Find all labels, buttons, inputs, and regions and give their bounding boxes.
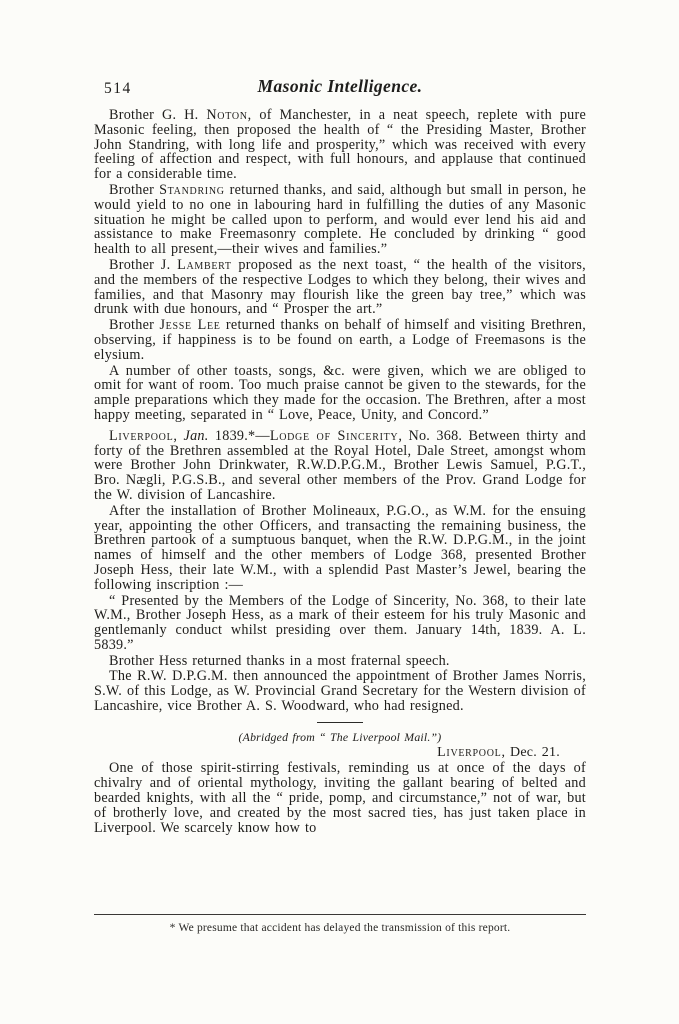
page-header: 514 Masonic Intelligence. [94, 76, 586, 100]
article-body: Brother G. H. Noton, of Manchester, in a… [94, 108, 586, 835]
text-segment: Brother [109, 182, 159, 198]
paragraph-installation: After the installation of Brother Moline… [94, 504, 586, 593]
text-segment: One of those spirit-stirring festivals, … [94, 760, 586, 835]
page-number: 514 [104, 80, 132, 98]
place-smallcaps: Liverpool [437, 745, 501, 760]
paragraph-jesse-lee-thanks: Brother Jesse Lee returned thanks on beh… [94, 318, 586, 362]
text-segment: , [173, 428, 183, 444]
name-smallcaps: Jesse Lee [159, 317, 220, 333]
name-smallcaps: Standring [159, 182, 225, 198]
text-segment: Brother [109, 317, 159, 333]
text-segment: , Dec. 21. [501, 745, 560, 760]
text-segment: The R.W. D.P.G.M. then announced the app… [94, 668, 586, 714]
paragraph-lambert-toast: Brother J. Lambert proposed as the next … [94, 258, 586, 317]
attribution-line: (Abridged from “ The Liverpool Mail.”) [94, 730, 586, 745]
paragraph-norris-appointment: The R.W. D.P.G.M. then announced the app… [94, 669, 586, 713]
footnote-block: * We presume that accident has delayed t… [94, 914, 586, 934]
running-title: Masonic Intelligence. [94, 76, 586, 97]
text-segment: “ Presented by the Members of the Lodge … [94, 593, 586, 653]
text-segment: Brother Hess returned thanks in a most f… [109, 653, 450, 669]
document-page: 514 Masonic Intelligence. Brother G. H. … [0, 0, 679, 1024]
lodge-smallcaps: Lodge of Sincerity [270, 428, 399, 444]
text-segment: Brother G. H. [109, 107, 206, 123]
text-segment: 1839.*— [209, 428, 270, 444]
paragraph-lodge-of-sincerity: Liverpool, Jan. 1839.*—Lodge of Sincerit… [94, 429, 586, 503]
name-smallcaps: Noton [206, 107, 247, 123]
footnote-text: * We presume that accident has delayed t… [94, 922, 586, 934]
text-segment: Brother J. [109, 257, 177, 273]
paragraph-hess-thanks: Brother Hess returned thanks in a most f… [94, 654, 586, 669]
paragraph-festival: One of those spirit-stirring festivals, … [94, 761, 586, 835]
paragraph-standring-thanks: Brother Standring returned thanks, and s… [94, 183, 586, 257]
paragraph-noton-toast: Brother G. H. Noton, of Manchester, in a… [94, 108, 586, 182]
paragraph-jewel-inscription: “ Presented by the Members of the Lodge … [94, 594, 586, 653]
dateline: Liverpool, Dec. 21. [94, 746, 586, 761]
date-italic: Jan. [184, 428, 209, 444]
place-smallcaps: Liverpool [109, 428, 173, 444]
text-segment: A number of other toasts, songs, &c. wer… [94, 363, 586, 423]
footnote-rule [94, 914, 586, 915]
text-segment: After the installation of Brother Moline… [94, 503, 586, 593]
section-divider [317, 722, 363, 723]
name-smallcaps: Lambert [177, 257, 232, 273]
paragraph-other-toasts: A number of other toasts, songs, &c. wer… [94, 364, 586, 423]
